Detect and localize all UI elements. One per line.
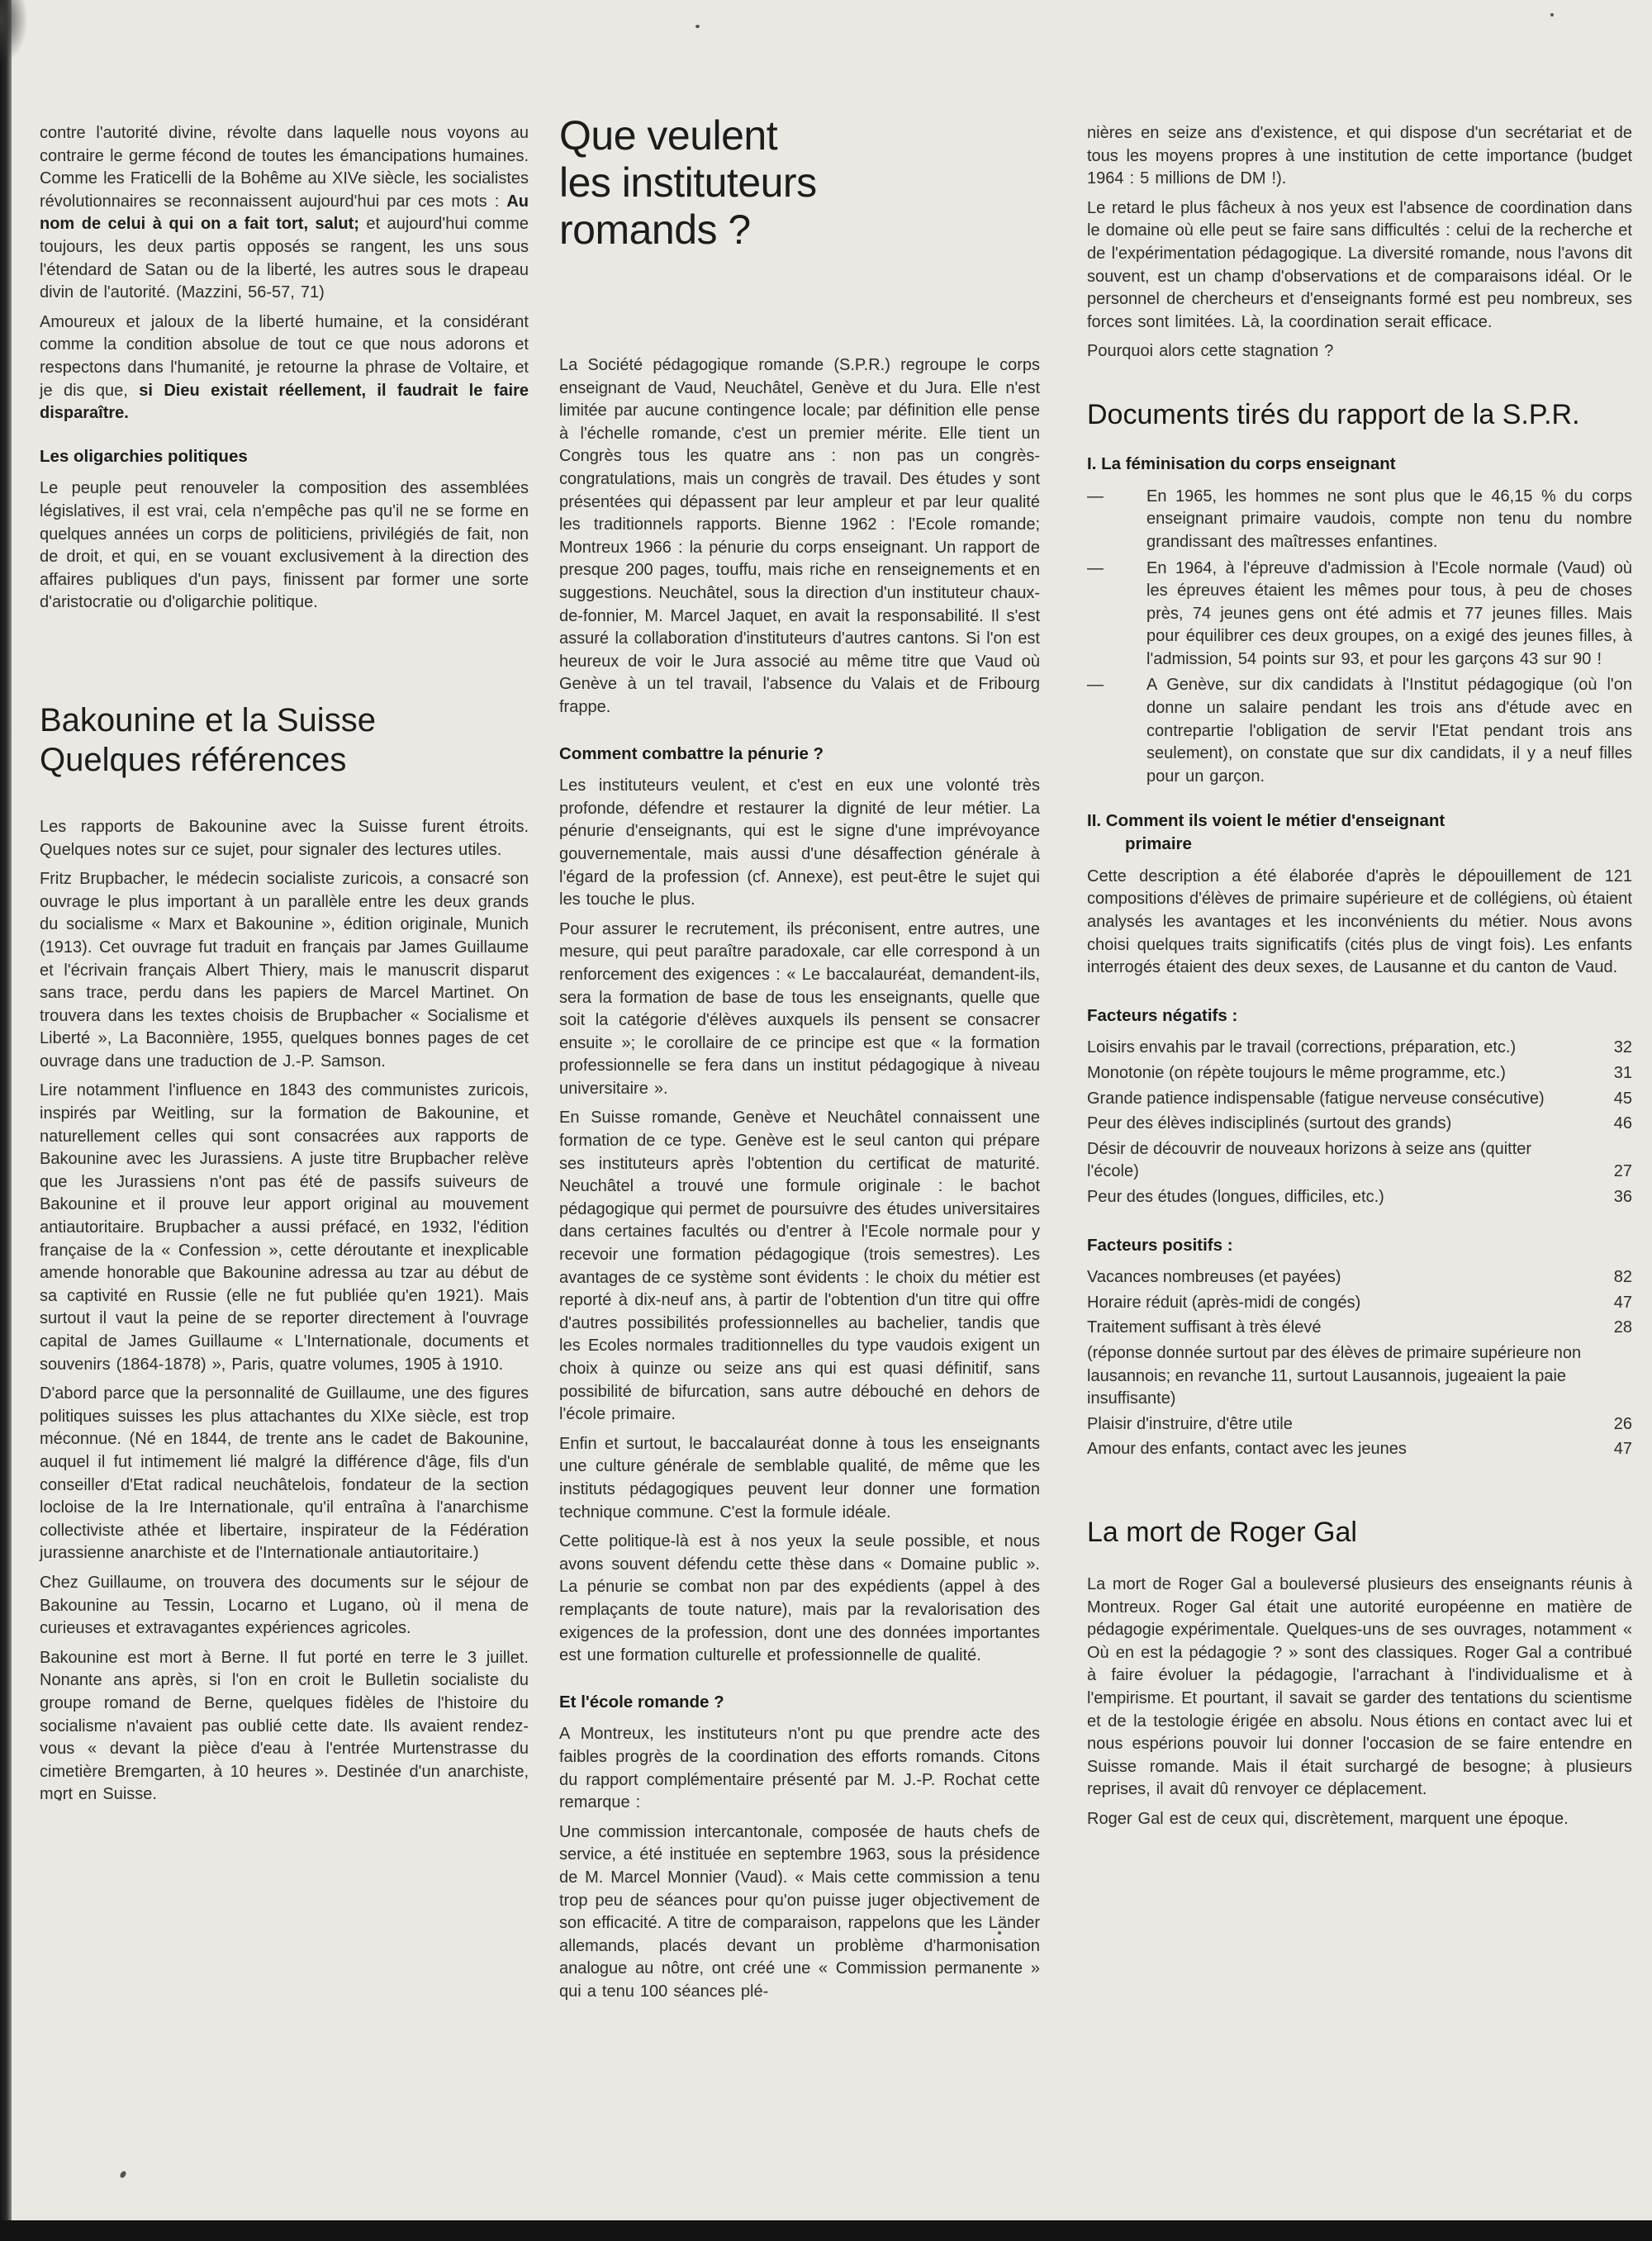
guillaume-paragraph: D'abord parce que la personnalité de Gui… xyxy=(40,1383,529,1565)
factor-value: 36 xyxy=(1614,1186,1632,1209)
text-run: contre l'autorité divine, révolte dans l… xyxy=(40,124,529,211)
feminisation-item-1: —En 1965, les hommes ne sont plus que le… xyxy=(1087,486,1632,554)
text-run: Lire notamment l'influence en 1843 des c… xyxy=(40,1081,529,1373)
dash-text: En 1965, les hommes ne sont plus que le … xyxy=(1146,487,1632,551)
text-run: En Suisse romande, Genève et Neuchâtel c… xyxy=(559,1109,1040,1423)
heading-line: les instituteurs xyxy=(559,159,1040,207)
text-run: La mort de Roger Gal a bouleversé plusie… xyxy=(1087,1575,1632,1798)
text-run: Chez Guillaume, on trouvera des document… xyxy=(40,1574,529,1637)
positive-row: Horaire réduit (après-midi de congés)47 xyxy=(1087,1292,1632,1315)
penurie-p3: En Suisse romande, Genève et Neuchâtel c… xyxy=(559,1107,1040,1426)
scan-corner-shadow xyxy=(0,0,28,64)
scan-edge-bottom xyxy=(0,2220,1652,2241)
factor-value: 27 xyxy=(1614,1161,1632,1184)
factor-label: Traitement suffisant à très élevé xyxy=(1087,1317,1321,1340)
factor-label: Plaisir d'instruire, d'être utile xyxy=(1087,1413,1293,1436)
factor-value: 28 xyxy=(1614,1317,1632,1340)
text-run: Roger Gal est de ceux qui, discrètement,… xyxy=(1087,1810,1569,1828)
heading-line: Bakounine et la Suisse xyxy=(40,700,529,740)
dash-text: A Genève, sur dix candidats à l'Institut… xyxy=(1146,676,1632,785)
text-run: Le retard le plus fâcheux à nos yeux est… xyxy=(1087,199,1632,331)
dash-text: En 1964, à l'épreuve d'admission à l'Eco… xyxy=(1146,559,1632,668)
roger-heading: La mort de Roger Gal xyxy=(1087,1516,1632,1549)
text-run: Le peuple peut renouveler la composition… xyxy=(40,479,529,611)
heading-line: Comment combattre la pénurie ? xyxy=(559,743,1040,766)
ecole-romande-heading: Et l'école romande ? xyxy=(559,1691,1040,1714)
negative-row: Loisirs envahis par le travail (correcti… xyxy=(1087,1037,1632,1060)
factor-value: 31 xyxy=(1614,1062,1632,1085)
heading-line: I. La féminisation du corps enseignant xyxy=(1087,453,1632,476)
column-left: contre l'autorité divine, révolte dans l… xyxy=(40,122,529,1813)
factor-label: Vacances nombreuses (et payées) xyxy=(1087,1266,1341,1289)
tessin-paragraph: Chez Guillaume, on trouvera des document… xyxy=(40,1572,529,1640)
text-run: D'abord parce que la personnalité de Gui… xyxy=(40,1384,529,1562)
text-run: A Montreux, les instituteurs n'ont pu qu… xyxy=(559,1725,1040,1811)
paper-speck xyxy=(1550,13,1554,17)
factor-label: Amour des enfants, contact avec les jeun… xyxy=(1087,1438,1407,1461)
heading-line: Facteurs négatifs : xyxy=(1087,1004,1632,1028)
heading-line: Et l'école romande ? xyxy=(559,1691,1040,1714)
factor-value: 47 xyxy=(1614,1438,1632,1461)
roger-p1: La mort de Roger Gal a bouleversé plusie… xyxy=(1087,1574,1632,1802)
berne-paragraph: Bakounine est mort à Berne. Il fut porté… xyxy=(40,1647,529,1807)
positive-row: Amour des enfants, contact avec les jeun… xyxy=(1087,1438,1632,1461)
column-middle: Que veulentles instituteursromands ?La S… xyxy=(559,112,1040,2011)
text-run: Pourquoi alors cette stagnation ? xyxy=(1087,342,1333,360)
feminisation-item-3: —A Genève, sur dix candidats à l'Institu… xyxy=(1087,674,1632,788)
positive-heading: Facteurs positifs : xyxy=(1087,1234,1632,1257)
positive-row: Vacances nombreuses (et payées)82 xyxy=(1087,1266,1632,1289)
factor-value: 47 xyxy=(1614,1292,1632,1315)
dash-bullet: — xyxy=(1087,558,1146,581)
text-run: nières en seize ans d'existence, et qui … xyxy=(1087,124,1632,188)
magazine-page: contre l'autorité divine, révolte dans l… xyxy=(0,0,1652,2241)
traitement-note: (réponse donnée surtout par des élèves d… xyxy=(1087,1342,1632,1411)
dash-bullet: — xyxy=(1087,674,1146,697)
dash-bullet: — xyxy=(1087,486,1146,509)
oligarchies-heading: Les oligarchies politiques xyxy=(40,445,529,468)
negative-row: Peur des élèves indisciplinés (surtout d… xyxy=(1087,1113,1632,1136)
heading-line: primaire xyxy=(1087,833,1632,856)
negative-row: Monotonie (on répète toujours le même pr… xyxy=(1087,1062,1632,1085)
documents-heading: Documents tirés du rapport de la S.P.R. xyxy=(1087,398,1632,431)
heading-line: Quelques références xyxy=(40,740,529,780)
feminisation-heading: I. La féminisation du corps enseignant xyxy=(1087,453,1632,476)
metier-intro: Cette description a été élaborée d'après… xyxy=(1087,866,1632,980)
heading-line: Les oligarchies politiques xyxy=(40,445,529,468)
factor-value: 45 xyxy=(1614,1088,1632,1111)
negative-row: Grande patience indispensable (fatigue n… xyxy=(1087,1088,1632,1111)
heading-line: romands ? xyxy=(559,207,1040,254)
voltaire-quote: Amoureux et jaloux de la liberté humaine… xyxy=(40,311,529,425)
feminisation-item-2: —En 1964, à l'épreuve d'admission à l'Ec… xyxy=(1087,558,1632,672)
stagnation-line: Pourquoi alors cette stagnation ? xyxy=(1087,340,1632,363)
factor-label: Peur des élèves indisciplinés (surtout d… xyxy=(1087,1113,1451,1136)
text-run: Les rapports de Bakounine avec la Suisse… xyxy=(40,818,529,859)
text-run: Bakounine est mort à Berne. Il fut porté… xyxy=(40,1649,529,1804)
text-run: Fritz Brupbacher, le médecin socialiste … xyxy=(40,870,529,1071)
penurie-p2: Pour assurer le recrutement, ils préconi… xyxy=(559,919,1040,1101)
weitling-paragraph: Lire notamment l'influence en 1843 des c… xyxy=(40,1080,529,1376)
heading-line: II. Comment ils voient le métier d'ensei… xyxy=(1087,810,1632,833)
positive-row: Traitement suffisant à très élevé28 xyxy=(1087,1317,1632,1340)
bakounine-intro: Les rapports de Bakounine avec la Suisse… xyxy=(40,816,529,862)
penurie-p1: Les instituteurs veulent, et c'est en eu… xyxy=(559,775,1040,912)
text-run: Enfin et surtout, le baccalauréat donne … xyxy=(559,1435,1040,1522)
text-run: La Société pédagogique romande (S.P.R.) … xyxy=(559,356,1040,716)
commission-suite: nières en seize ans d'existence, et qui … xyxy=(1087,122,1632,191)
factor-label: Peur des études (longues, difficiles, et… xyxy=(1087,1186,1384,1209)
heading-line: Facteurs positifs : xyxy=(1087,1234,1632,1257)
factor-value: 32 xyxy=(1614,1037,1632,1060)
paper-speck xyxy=(119,2170,127,2179)
text-run: Cette description a été élaborée d'après… xyxy=(1087,867,1632,976)
oligarchies-paragraph: Le peuple peut renouveler la composition… xyxy=(40,477,529,615)
roger-p2: Roger Gal est de ceux qui, discrètement,… xyxy=(1087,1808,1632,1831)
factor-label: Grande patience indispensable (fatigue n… xyxy=(1087,1088,1545,1111)
text-run: Les instituteurs veulent, et c'est en eu… xyxy=(559,776,1040,909)
factor-label: Horaire réduit (après-midi de congés) xyxy=(1087,1292,1360,1315)
bakounine-heading: Bakounine et la SuisseQuelques référence… xyxy=(40,700,529,780)
ecole-romande-p2: Une commission intercantonale, composée … xyxy=(559,1821,1040,2004)
metier-heading: II. Comment ils voient le métier d'ensei… xyxy=(1087,810,1632,855)
factor-value: 46 xyxy=(1614,1113,1632,1136)
mazzini-quote: contre l'autorité divine, révolte dans l… xyxy=(40,122,529,305)
positive-row: Plaisir d'instruire, d'être utile26 xyxy=(1087,1413,1632,1436)
paper-speck xyxy=(695,25,700,28)
factor-label: Loisirs envahis par le travail (correcti… xyxy=(1087,1037,1516,1060)
text-run: Cette politique-là est à nos yeux la seu… xyxy=(559,1532,1040,1664)
ecole-romande-p1: A Montreux, les instituteurs n'ont pu qu… xyxy=(559,1723,1040,1814)
scan-edge-left xyxy=(0,0,12,2241)
heading-line: La mort de Roger Gal xyxy=(1087,1516,1632,1549)
factor-value: 26 xyxy=(1614,1413,1632,1436)
factor-label: Monotonie (on répète toujours le même pr… xyxy=(1087,1062,1506,1085)
heading-line: Que veulent xyxy=(559,112,1040,159)
penurie-heading: Comment combattre la pénurie ? xyxy=(559,743,1040,766)
text-run: Pour assurer le recrutement, ils préconi… xyxy=(559,920,1040,1098)
brupbacher-paragraph: Fritz Brupbacher, le médecin socialiste … xyxy=(40,868,529,1073)
penurie-p5: Cette politique-là est à nos yeux la seu… xyxy=(559,1531,1040,1668)
negative-row: Peur des études (longues, difficiles, et… xyxy=(1087,1186,1632,1209)
main-title: Que veulentles instituteursromands ? xyxy=(559,112,1040,254)
penurie-p4: Enfin et surtout, le baccalauréat donne … xyxy=(559,1433,1040,1524)
negative-heading: Facteurs négatifs : xyxy=(1087,1004,1632,1028)
factor-value: 82 xyxy=(1614,1266,1632,1289)
text-run: Une commission intercantonale, composée … xyxy=(559,1823,1040,2001)
factor-label: Désir de découvrir de nouveaux horizons … xyxy=(1087,1138,1550,1184)
heading-line: Documents tirés du rapport de la S.P.R. xyxy=(1087,398,1632,431)
negative-row: Désir de découvrir de nouveaux horizons … xyxy=(1087,1138,1632,1184)
retard-paragraph: Le retard le plus fâcheux à nos yeux est… xyxy=(1087,197,1632,335)
column-right: nières en seize ans d'existence, et qui … xyxy=(1087,122,1632,1838)
spr-intro: La Société pédagogique romande (S.P.R.) … xyxy=(559,354,1040,719)
